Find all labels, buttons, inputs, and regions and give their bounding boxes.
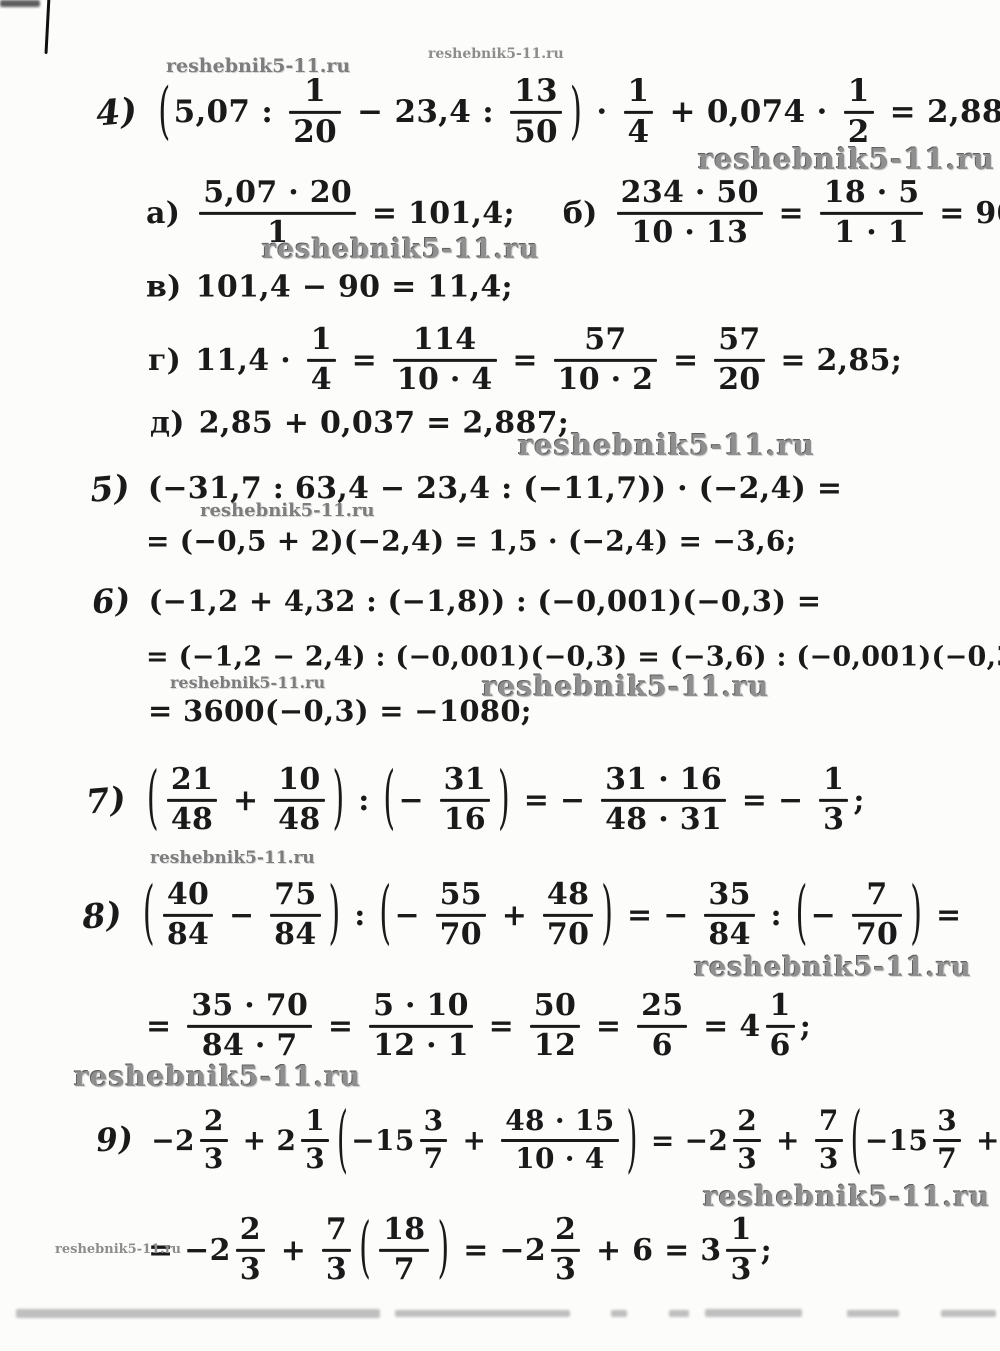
fraction: 23 bbox=[733, 1107, 761, 1173]
math-text: = bbox=[146, 1009, 182, 1044]
numerator: 2 bbox=[236, 1215, 265, 1246]
numerator: 13 bbox=[510, 76, 562, 108]
math-line-p8-main: 8)(4084 − 7584) : (− 5570 + 4870) = − 35… bbox=[82, 880, 961, 950]
scan-artifact bbox=[16, 1309, 380, 1318]
math-line-p6-cont2: = 3600(−0,3) = −1080; bbox=[148, 694, 532, 728]
numerator: 1 bbox=[766, 991, 795, 1022]
fraction: 3584 bbox=[704, 880, 754, 950]
math-text: ; bbox=[800, 1009, 811, 1044]
big-parenthesis: ) bbox=[570, 81, 582, 143]
fraction: 23 bbox=[551, 1215, 580, 1285]
math-text: = 2,85; bbox=[770, 343, 903, 378]
numerator: 1 bbox=[726, 1215, 755, 1246]
numerator: 57 bbox=[714, 325, 764, 356]
math-text: + 2 bbox=[233, 1124, 297, 1157]
fraction: 3116 bbox=[440, 765, 490, 835]
fraction: 37 bbox=[420, 1107, 448, 1173]
fraction: 23 bbox=[236, 1215, 265, 1285]
math-text: + bbox=[452, 1124, 496, 1157]
scanned-solution-page: 4)(5,07 : 120 − 23,4 : 1350) · 14 + 0,07… bbox=[0, 0, 1000, 1351]
math-text: = 90; bbox=[928, 196, 1000, 231]
numerator: 55 bbox=[436, 880, 486, 911]
denominator: 7 bbox=[933, 1145, 961, 1174]
fraction: 18 · 51 · 1 bbox=[820, 178, 924, 248]
denominator: 10 · 4 bbox=[511, 1145, 609, 1174]
fraction: 256 bbox=[637, 991, 687, 1061]
fraction: 35 · 7084 · 7 bbox=[187, 991, 312, 1061]
numerator: 7 bbox=[815, 1107, 843, 1136]
fraction: 5570 bbox=[436, 880, 486, 950]
fraction: 5 · 1012 · 1 bbox=[369, 991, 473, 1061]
math-line-p4-g: г)11,4 · 14 = 11410 · 4 = 5710 · 2 = 572… bbox=[148, 325, 902, 395]
fraction: 5,07 · 201 bbox=[199, 178, 356, 248]
numerator: 35 · 70 bbox=[187, 991, 312, 1022]
big-parenthesis: ) bbox=[601, 881, 613, 950]
math-text: · bbox=[585, 94, 618, 130]
math-text: −15 bbox=[351, 1124, 414, 1157]
scan-artifact bbox=[611, 1310, 627, 1317]
denominator: 70 bbox=[852, 920, 902, 951]
problem-label: г) bbox=[148, 343, 181, 378]
problem-label: 7) bbox=[84, 778, 127, 821]
fraction: 37 bbox=[933, 1107, 961, 1173]
numerator: 1 bbox=[819, 765, 848, 796]
watermark: reshebnik5-11.ru bbox=[703, 1180, 990, 1213]
math-text: + 18 bbox=[966, 1124, 1000, 1157]
fraction: 4870 bbox=[543, 880, 593, 950]
denominator: 70 bbox=[543, 920, 593, 951]
math-text: = bbox=[317, 1009, 364, 1044]
big-parenthesis: ) bbox=[329, 881, 341, 950]
denominator: 84 bbox=[163, 920, 213, 951]
denominator: 3 bbox=[726, 1255, 755, 1286]
math-text: + bbox=[766, 1124, 810, 1157]
numerator: 2 bbox=[551, 1215, 580, 1246]
math-line-p4-d: д)2,85 + 0,037 = 2,887; bbox=[150, 406, 569, 441]
fraction: 5720 bbox=[714, 325, 764, 395]
denominator: 20 bbox=[289, 117, 341, 149]
big-parenthesis: ( bbox=[359, 1217, 371, 1283]
denominator: 84 · 7 bbox=[198, 1031, 302, 1062]
denominator: 48 · 31 bbox=[601, 805, 726, 836]
big-parenthesis: ) bbox=[333, 766, 345, 835]
big-parenthesis: ) bbox=[627, 1104, 638, 1177]
denominator: 50 bbox=[510, 117, 562, 149]
denominator: 16 bbox=[440, 805, 490, 836]
math-text: = −2 bbox=[641, 1124, 728, 1157]
math-line-p5-cont: = (−0,5 + 2)(−2,4) = 1,5 · (−2,4) = −3,6… bbox=[146, 525, 796, 558]
numerator: 75 bbox=[270, 880, 320, 911]
fraction: 5012 bbox=[530, 991, 580, 1061]
math-text: = − bbox=[731, 783, 814, 818]
big-parenthesis: ) bbox=[437, 1217, 449, 1283]
math-text: = 4 bbox=[692, 1009, 760, 1044]
math-text: 11,4 · bbox=[195, 343, 302, 378]
fraction: 13 bbox=[819, 765, 848, 835]
fraction: 770 bbox=[852, 880, 902, 950]
numerator: 48 · 15 bbox=[501, 1107, 618, 1136]
numerator: 18 bbox=[379, 1215, 429, 1246]
scan-artifact bbox=[847, 1310, 899, 1317]
fraction: 13 bbox=[726, 1215, 755, 1285]
problem-label: 6) bbox=[90, 580, 132, 621]
fraction: 73 bbox=[322, 1215, 351, 1285]
fraction: 48 · 1510 · 4 bbox=[501, 1107, 618, 1173]
math-text: 5,07 : bbox=[174, 94, 285, 130]
math-text: + 0,074 · bbox=[658, 94, 838, 130]
math-text: = bbox=[925, 898, 961, 933]
math-text: + 6 = 3 bbox=[585, 1233, 721, 1268]
big-parenthesis: ( bbox=[337, 1104, 348, 1177]
numerator: 2 bbox=[733, 1107, 761, 1136]
fraction: 11410 · 4 bbox=[393, 325, 497, 395]
numerator: 3 bbox=[933, 1107, 961, 1136]
denominator: 12 bbox=[530, 1031, 580, 1062]
math-line-p8-cont: = 35 · 7084 · 7 = 5 · 1012 · 1 = 5012 = … bbox=[146, 991, 811, 1061]
denominator: 12 · 1 bbox=[369, 1031, 473, 1062]
numerator: 10 bbox=[274, 765, 324, 796]
fraction: 120 bbox=[289, 76, 341, 148]
fraction: 1350 bbox=[510, 76, 562, 148]
math-line-p6-cont1: = (−1,2 − 2,4) : (−0,001)(−0,3) = (−3,6)… bbox=[146, 642, 1000, 673]
math-text: ; bbox=[761, 1233, 772, 1268]
problem-label: 9) bbox=[95, 1120, 135, 1159]
math-text: = bbox=[662, 343, 709, 378]
watermark: reshebnik5-11.ru bbox=[170, 673, 325, 692]
numerator: 7 bbox=[322, 1215, 351, 1246]
denominator: 10 · 13 bbox=[627, 218, 752, 249]
fraction: 14 bbox=[307, 325, 336, 395]
denominator: 4 bbox=[307, 365, 336, 396]
math-line-p9-cont: = −223 + 73(187) = −223 + 6 = 313; bbox=[148, 1215, 772, 1285]
numerator: 3 bbox=[420, 1107, 448, 1136]
math-text: ; bbox=[853, 783, 864, 818]
denominator: 70 bbox=[436, 920, 486, 951]
numerator: 1 bbox=[624, 76, 654, 108]
fraction: 16 bbox=[766, 991, 795, 1061]
scan-artifact bbox=[941, 1310, 996, 1317]
watermark: reshebnik5-11.ru bbox=[428, 46, 564, 62]
numerator: 31 · 16 bbox=[601, 765, 726, 796]
math-line-p4-main: 4)(5,07 : 120 − 23,4 : 1350) · 14 + 0,07… bbox=[96, 76, 1000, 148]
math-line-p5-main: 5)(−31,7 : 63,4 − 23,4 : (−11,7)) · (−2,… bbox=[90, 468, 842, 508]
math-text: − bbox=[398, 783, 434, 818]
fraction: 12 bbox=[844, 76, 874, 148]
big-parenthesis: ( bbox=[147, 766, 159, 835]
fraction: 2148 bbox=[167, 765, 217, 835]
denominator: 48 bbox=[167, 805, 217, 836]
denominator: 3 bbox=[551, 1255, 580, 1286]
denominator: 48 bbox=[274, 805, 324, 836]
problem-label: д) bbox=[150, 406, 185, 441]
math-line-p7-main: 7)(2148 + 1048) : (− 3116) = − 31 · 1648… bbox=[86, 765, 865, 835]
fraction: 31 · 1648 · 31 bbox=[601, 765, 726, 835]
denominator: 1 bbox=[263, 218, 292, 249]
scan-artifact bbox=[0, 0, 40, 7]
math-line-p6-main: 6)(−1,2 + 4,32 : (−1,8)) : (−0,001)(−0,3… bbox=[92, 582, 821, 620]
math-line-p4-v: в)101,4 − 90 = 11,4; bbox=[146, 270, 513, 305]
big-parenthesis: ( bbox=[851, 1104, 862, 1177]
numerator: 1 bbox=[301, 1107, 329, 1136]
math-text: = (−0,5 + 2)(−2,4) = 1,5 · (−2,4) = −3,6… bbox=[146, 525, 796, 558]
math-text: − 23,4 : bbox=[346, 94, 505, 130]
numerator: 50 bbox=[530, 991, 580, 1022]
denominator: 84 bbox=[704, 920, 754, 951]
denominator: 4 bbox=[624, 117, 654, 149]
big-parenthesis: ( bbox=[143, 881, 155, 950]
fraction: 13 bbox=[301, 1107, 329, 1173]
fraction: 4084 bbox=[163, 880, 213, 950]
big-parenthesis: ) bbox=[498, 766, 510, 835]
problem-label: в) bbox=[146, 270, 182, 305]
numerator: 40 bbox=[163, 880, 213, 911]
watermark: reshebnik5-11.ru bbox=[74, 1060, 361, 1093]
pen-stroke-artifact bbox=[44, 0, 50, 54]
denominator: 1 · 1 bbox=[830, 218, 913, 249]
numerator: 25 bbox=[637, 991, 687, 1022]
numerator: 5 · 10 bbox=[369, 991, 473, 1022]
scan-artifact bbox=[705, 1309, 802, 1317]
denominator: 20 bbox=[714, 365, 764, 396]
math-text: −2 bbox=[151, 1124, 195, 1157]
numerator: 234 · 50 bbox=[617, 178, 763, 209]
fraction: 23 bbox=[200, 1107, 228, 1173]
denominator: 3 bbox=[815, 1145, 843, 1174]
big-parenthesis: ) bbox=[910, 881, 922, 950]
math-text: −15 bbox=[865, 1124, 928, 1157]
fraction: 187 bbox=[379, 1215, 429, 1285]
denominator: 7 bbox=[420, 1145, 448, 1174]
numerator: 1 bbox=[844, 76, 874, 108]
numerator: 35 bbox=[704, 880, 754, 911]
denominator: 10 · 2 bbox=[554, 365, 658, 396]
numerator: 48 bbox=[543, 880, 593, 911]
math-text: = bbox=[585, 1009, 632, 1044]
problem-label: 8) bbox=[80, 893, 123, 936]
big-parenthesis: ( bbox=[379, 881, 391, 950]
fraction: 73 bbox=[815, 1107, 843, 1173]
math-text: + bbox=[270, 1233, 317, 1268]
numerator: 7 bbox=[862, 880, 891, 911]
fraction: 14 bbox=[624, 76, 654, 148]
denominator: 3 bbox=[733, 1145, 761, 1174]
math-text: = − bbox=[513, 783, 596, 818]
denominator: 3 bbox=[819, 805, 848, 836]
math-text: = −2 bbox=[148, 1233, 231, 1268]
numerator: 31 bbox=[440, 765, 490, 796]
denominator: 3 bbox=[301, 1145, 329, 1174]
numerator: 18 · 5 bbox=[820, 178, 924, 209]
denominator: 10 · 4 bbox=[393, 365, 497, 396]
watermark: reshebnik5-11.ru bbox=[694, 952, 972, 983]
math-text: = (−1,2 − 2,4) : (−0,001)(−0,3) = (−3,6)… bbox=[146, 642, 1000, 673]
denominator: 3 bbox=[200, 1145, 228, 1174]
numerator: 1 bbox=[300, 76, 330, 108]
fraction: 5710 · 2 bbox=[554, 325, 658, 395]
problem-label: 5) bbox=[88, 466, 131, 509]
math-text: 101,4 − 90 = 11,4; bbox=[196, 270, 513, 305]
denominator: 2 bbox=[844, 117, 874, 149]
math-text: (−1,2 + 4,32 : (−1,8)) : (−0,001)(−0,3) … bbox=[149, 584, 822, 618]
math-text: − bbox=[811, 898, 847, 933]
big-parenthesis: ( bbox=[383, 766, 395, 835]
problem-label: 4) bbox=[94, 90, 139, 134]
math-line-p4-ab: а)5,07 · 201 = 101,4;б)234 · 5010 · 13 =… bbox=[146, 178, 1000, 248]
math-text: = bbox=[478, 1009, 525, 1044]
math-text: − bbox=[218, 898, 265, 933]
math-text: 2,85 + 0,037 = 2,887; bbox=[199, 406, 569, 441]
numerator: 1 bbox=[307, 325, 336, 356]
math-text: = bbox=[768, 196, 815, 231]
math-text: = 3600(−0,3) = −1080; bbox=[148, 694, 532, 728]
math-text: = −2 bbox=[453, 1233, 547, 1268]
fraction: 1048 bbox=[274, 765, 324, 835]
math-text: + bbox=[491, 898, 538, 933]
scan-artifact bbox=[395, 1310, 570, 1317]
math-text: = bbox=[502, 343, 549, 378]
scan-artifact bbox=[669, 1310, 689, 1317]
denominator: 3 bbox=[322, 1255, 351, 1286]
math-text: : bbox=[344, 898, 377, 933]
fraction: 234 · 5010 · 13 bbox=[617, 178, 763, 248]
math-text: : bbox=[348, 783, 381, 818]
denominator: 6 bbox=[766, 1031, 795, 1062]
math-text: = bbox=[341, 343, 388, 378]
math-text: = 101,4; bbox=[361, 196, 515, 231]
problem-label: а) bbox=[146, 196, 180, 231]
numerator: 2 bbox=[200, 1107, 228, 1136]
math-text: = − bbox=[616, 898, 699, 933]
watermark: reshebnik5-11.ru bbox=[150, 848, 315, 868]
denominator: 3 bbox=[236, 1255, 265, 1286]
problem-label: б) bbox=[563, 196, 598, 231]
numerator: 114 bbox=[409, 325, 481, 356]
big-parenthesis: ( bbox=[158, 81, 170, 143]
math-text: = 2,887; bbox=[879, 94, 1000, 130]
big-parenthesis: ( bbox=[796, 881, 808, 950]
math-text: (−31,7 : 63,4 − 23,4 : (−11,7)) · (−2,4)… bbox=[148, 471, 843, 506]
math-text: : bbox=[760, 898, 793, 933]
denominator: 7 bbox=[390, 1255, 419, 1286]
denominator: 84 bbox=[270, 920, 320, 951]
numerator: 57 bbox=[580, 325, 630, 356]
denominator: 6 bbox=[648, 1031, 677, 1062]
math-text: + bbox=[222, 783, 269, 818]
fraction: 7584 bbox=[270, 880, 320, 950]
numerator: 5,07 · 20 bbox=[199, 178, 356, 209]
math-text: − bbox=[394, 898, 430, 933]
math-line-p9-main: 9)−223 + 213(−1537 + 48 · 1510 · 4) = −2… bbox=[96, 1107, 1000, 1173]
numerator: 21 bbox=[167, 765, 217, 796]
